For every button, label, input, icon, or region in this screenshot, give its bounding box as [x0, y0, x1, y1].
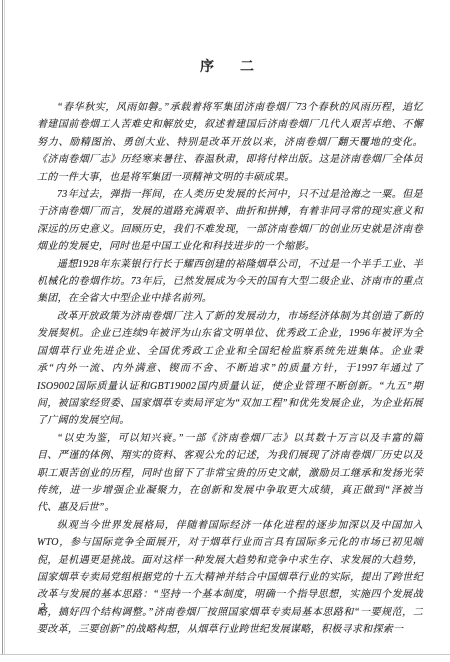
paragraph-6: 纵观当今世界发展格局，伴随着国际经济一体化进程的逐步加深以及中国加入WTO，参与…	[37, 517, 423, 639]
scanned-book-page: 序 二 “春华秋实，风雨如磐。”承载着将军集团济南卷烟厂73个春秋的风雨历程，追…	[0, 0, 450, 662]
page-title: 序 二	[37, 56, 423, 76]
page-number: 2	[40, 601, 46, 613]
page-content: 序 二 “春华秋实，风雨如磐。”承载着将军集团济南卷烟厂73个春秋的风雨历程，追…	[37, 56, 423, 639]
paragraph-5: “以史为鉴，可以知兴衰。”一部《济南卷烟厂志》以其数十万言以及丰富的篇目、严谨的…	[37, 430, 423, 517]
paragraph-3: 遥想1928年东莱银行行长于耀西创建的裕隆烟草公司，不过是一个半手工业、半机械化…	[37, 256, 423, 308]
paragraph-2: 73年过去，弹指一挥间，在人类历史发展的长河中，只不过是沧海之一粟。但是于济南卷…	[37, 186, 423, 256]
paragraph-4: 改革开放政策为济南卷烟厂注入了新的发展动力，市场经济体制为其创造了新的发展契机。…	[37, 308, 423, 430]
paragraph-1: “春华秋实，风雨如磐。”承载着将军集团济南卷烟厂73个春秋的风雨历程，追忆着建国…	[37, 99, 423, 186]
scan-edge-left-shadow	[4, 0, 5, 654]
scan-edge-bottom-line	[0, 654, 450, 655]
body-text: “春华秋实，风雨如磐。”承载着将军集团济南卷烟厂73个春秋的风雨历程，追忆着建国…	[37, 99, 423, 639]
scan-edge-left-line	[2, 0, 3, 654]
